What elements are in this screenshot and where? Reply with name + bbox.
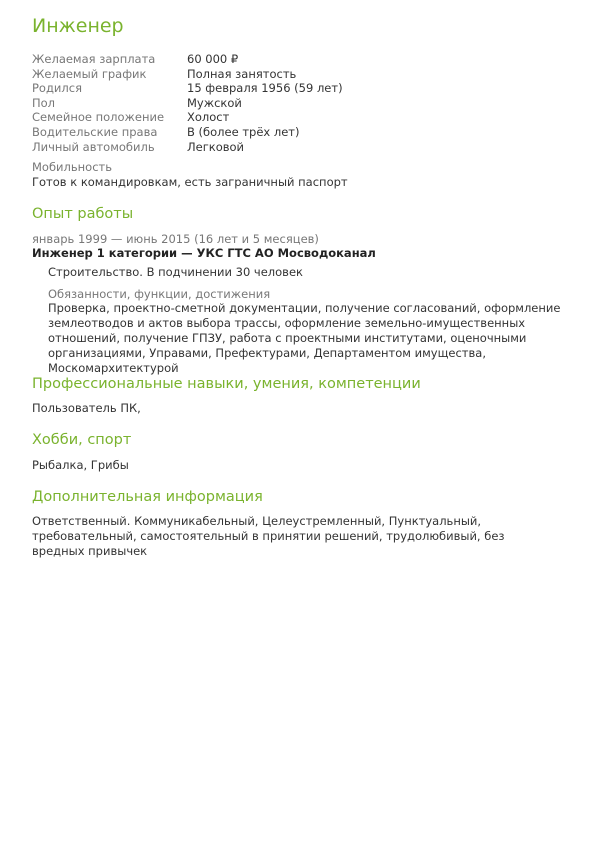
duties-label: Обязанности, функции, достижения [48,287,270,302]
duties-text: Проверка, проектно-сметной документации,… [48,301,570,376]
info-value: 15 февраля 1956 (59 лет) [187,81,343,96]
info-row-salary: Желаемая зарплата60 000 ₽ [32,52,343,67]
info-row-birth: Родился15 февраля 1956 (59 лет) [32,81,343,96]
info-row-gender: ПолМужской [32,96,343,111]
info-label: Желаемый график [32,67,187,82]
personal-info: Желаемая зарплата60 000 ₽ Желаемый графи… [32,52,343,154]
mobility-label: Мобильность [32,160,112,174]
info-label: Родился [32,81,187,96]
resume-title: Инженер [32,15,124,37]
experience-position: Инженер 1 категории — УКС ГТС АО Мосводо… [32,246,376,261]
info-label: Пол [32,96,187,111]
info-value: B (более трёх лет) [187,125,299,140]
skills-text: Пользователь ПК, [32,401,141,416]
info-row-schedule: Желаемый графикПолная занятость [32,67,343,82]
info-value: Мужской [187,96,242,111]
info-label: Желаемая зарплата [32,52,187,67]
info-row-car: Личный автомобильЛегковой [32,140,343,155]
hobby-text: Рыбалка, Грибы [32,458,129,473]
additional-text: Ответственный. Коммуникабельный, Целеуст… [32,514,552,559]
skills-heading: Профессиональные навыки, умения, компете… [32,376,421,392]
hobby-heading: Хобби, спорт [32,432,131,448]
experience-industry: Строительство. В подчинении 30 человек [48,265,303,280]
info-value: Холост [187,110,229,125]
info-value: Полная занятость [187,67,296,82]
info-row-license: Водительские праваB (более трёх лет) [32,125,343,140]
mobility-value: Готов к командировкам, есть заграничный … [32,175,348,189]
info-label: Семейное положение [32,110,187,125]
info-row-marital: Семейное положениеХолост [32,110,343,125]
experience-heading: Опыт работы [32,206,133,222]
experience-period: январь 1999 — июнь 2015 (16 лет и 5 меся… [32,232,319,247]
info-label: Личный автомобиль [32,140,187,155]
info-label: Водительские права [32,125,187,140]
info-value: Легковой [187,140,244,155]
additional-heading: Дополнительная информация [32,489,263,505]
info-value: 60 000 ₽ [187,52,238,67]
